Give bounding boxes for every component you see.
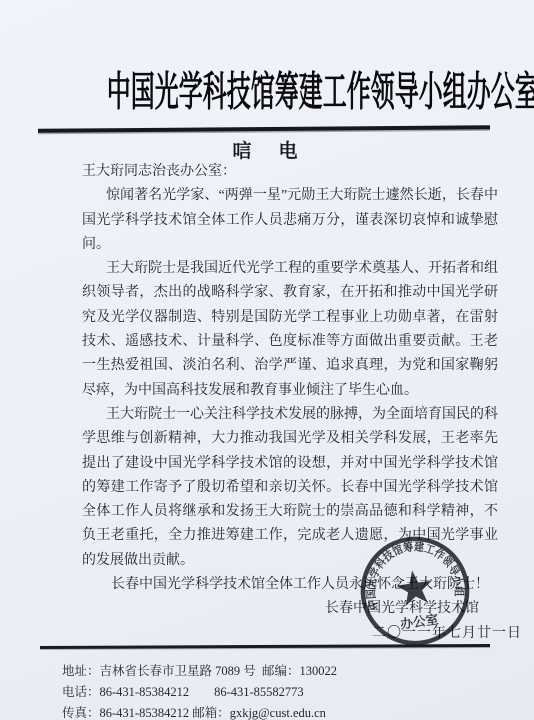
letterhead-title: 中国光学科技馆筹建工作领导小组办公室 [107, 59, 427, 117]
body-paragraph: 王大珩院士是我国近代光学工程的重要学术奠基人、开拓者和组织领导者，杰出的战略科学… [82, 257, 498, 403]
footer-address: 地址：吉林省长春市卫星路 7089 号 邮编：130022 [62, 661, 482, 682]
letterhead-divider [38, 125, 490, 133]
footer-phone: 电话：86-431-85384212 86-431-85582773 [62, 682, 482, 703]
footer-contact-block: 地址：吉林省长春市卫星路 7089 号 邮编：130022 电话：86-431-… [62, 661, 482, 720]
official-seal-stamp: 中国光学科技馆筹建工作领导小组 办公室 [348, 524, 481, 657]
body-paragraph: 惊闻著名光学家、“两弹一星”元勋王大珩院士遽然长逝，长春中国光学科学技术馆全体工… [82, 184, 498, 257]
scanned-condolence-telegram: 中国光学科技馆筹建工作领导小组办公室 唁 电 王大珩同志治丧办公室： 惊闻著名光… [0, 0, 534, 720]
paragraph-list: 惊闻著名光学家、“两弹一星”元勋王大珩院士遽然长逝，长春中国光学科学技术馆全体工… [82, 184, 498, 573]
salutation: 王大珩同志治丧办公室： [82, 160, 498, 184]
footer-fax-email: 传真：86-431-85384212 邮箱：gxkjg@cust.edu.cn [62, 703, 482, 720]
stamp-inner-text: 办公室 [399, 611, 439, 631]
stamp-star-icon [395, 568, 435, 606]
document-title: 唁 电 [0, 136, 534, 163]
